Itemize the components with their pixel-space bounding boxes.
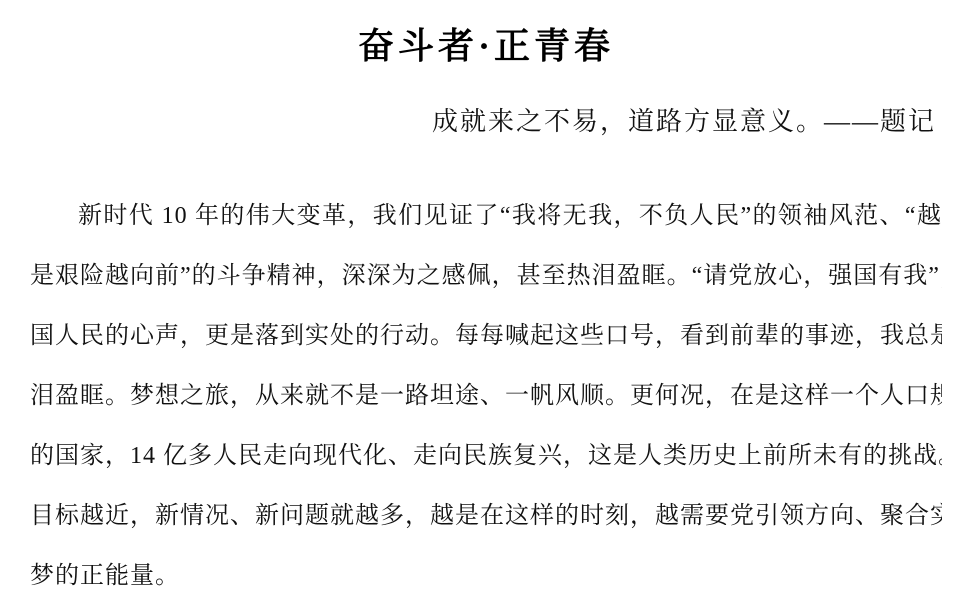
body-line-5: 的国家，14 亿多人民走向现代化、走向民族复兴，这是人类历史上前所未有的挑战。距…	[30, 426, 942, 486]
body-line-7: 梦的正能量。	[30, 546, 942, 606]
document-body: 新时代 10 年的伟大变革，我们见证了“我将无我，不负人民”的领袖风范、“越 是…	[30, 186, 942, 606]
body-line-3: 国人民的心声，更是落到实处的行动。每每喊起这些口号，看到前辈的事迹，我总是不禁热	[30, 306, 942, 366]
epigraph-line: 成就来之不易，道路方显意义。——题记	[0, 102, 936, 142]
document-title: 奋斗者·正青春	[0, 24, 972, 68]
body-line-1: 新时代 10 年的伟大变革，我们见证了“我将无我，不负人民”的领袖风范、“越	[30, 186, 942, 246]
body-line-6: 目标越近，新情况、新问题就越多，越是在这样的时刻，越需要党引领方向、聚合实现中国	[30, 486, 942, 546]
body-line-4: 泪盈眶。梦想之旅，从来就不是一路坦途、一帆风顺。更何况，在是这样一个人口规模巨大	[30, 366, 942, 426]
body-line-2: 是艰险越向前”的斗争精神，深深为之感佩，甚至热泪盈眶。“请党放心，强国有我”，是…	[30, 246, 942, 306]
document-page: 奋斗者·正青春 成就来之不易，道路方显意义。——题记 新时代 10 年的伟大变革…	[0, 0, 972, 610]
